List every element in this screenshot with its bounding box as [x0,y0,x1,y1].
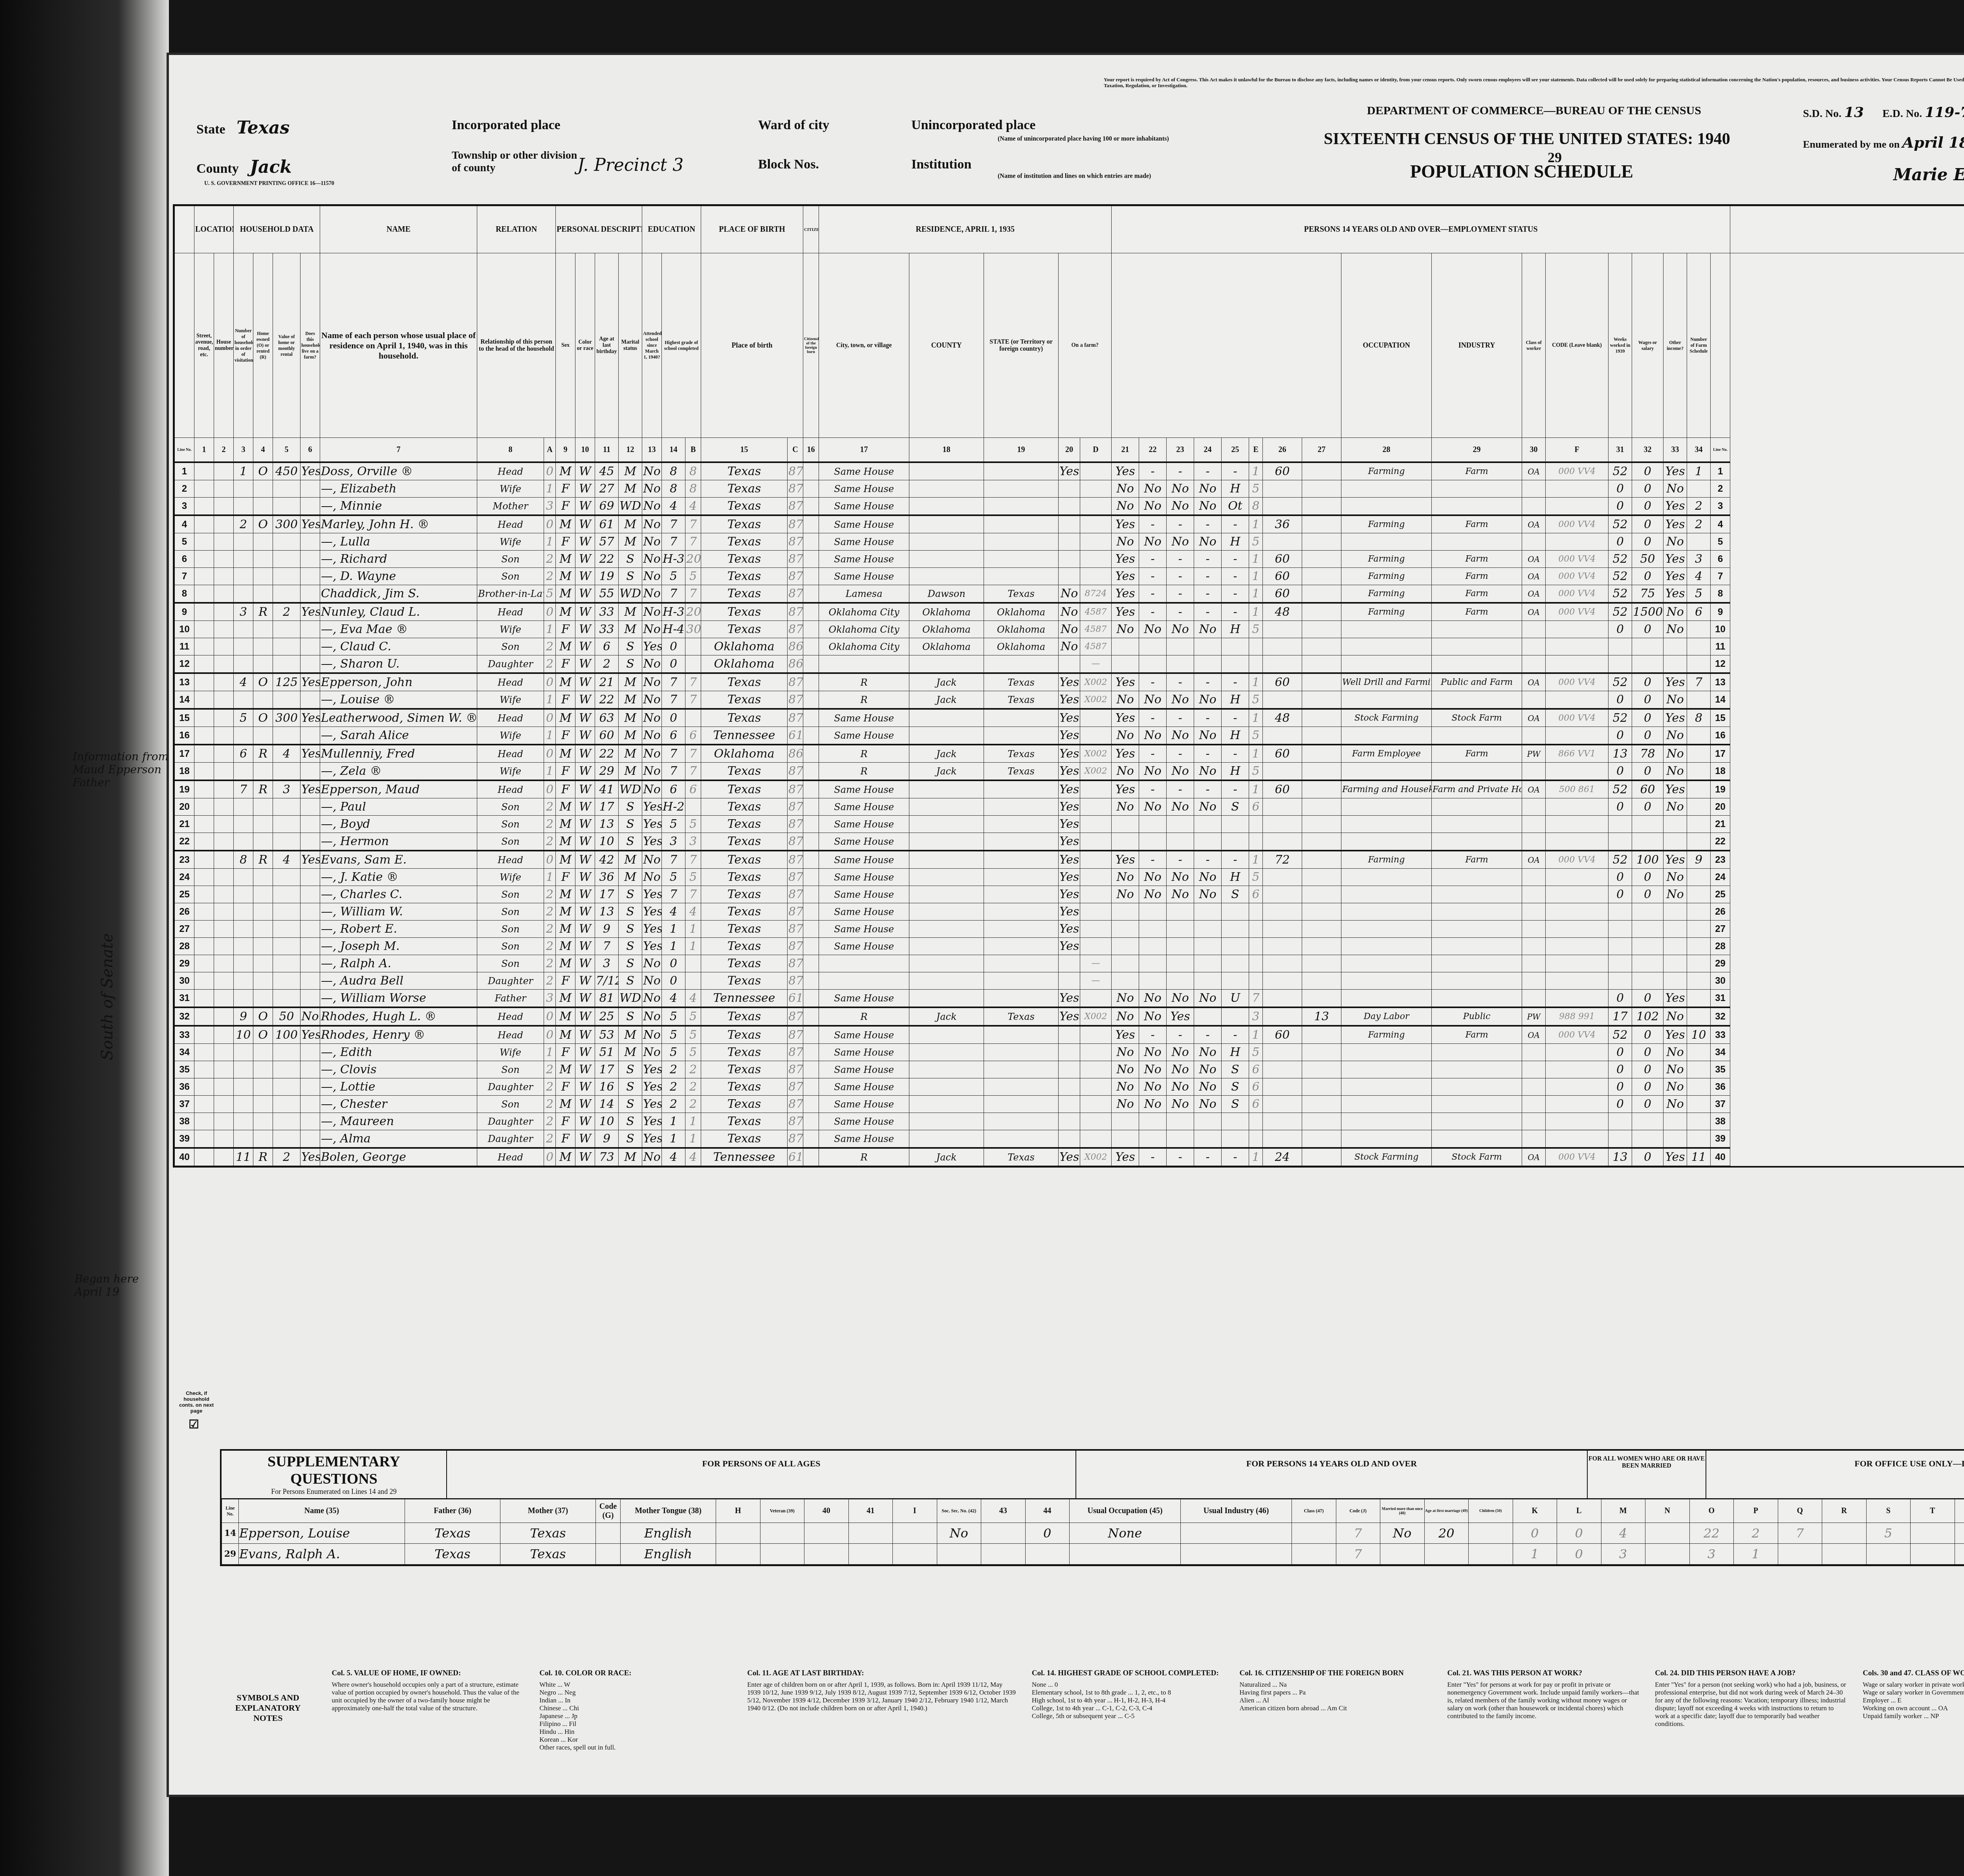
duration-unemployment [1302,621,1341,638]
highest-grade: 5 [662,1044,685,1061]
supp-th: Code (J) [1336,1499,1380,1523]
code-d [1080,533,1112,551]
census-row: 19 7 R 3 Yes Epperson, Maud Head 0 F W 4… [175,780,1964,798]
line-number: 39 [175,1130,194,1148]
had-job [1194,938,1222,955]
home-value: 2 [273,1148,300,1166]
public-emergency-work: - [1139,745,1167,763]
seeking-work [1167,938,1194,955]
hours-worked: 60 [1263,745,1302,763]
owned-rented [253,972,273,990]
birthplace: Texas [701,921,788,938]
industry [1432,955,1522,972]
line-number: 2 [175,480,194,498]
note-title: Col. 11. AGE AT LAST BIRTHDAY: [747,1669,1016,1678]
code-d: X002 [1080,745,1112,763]
highest-grade: 4 [662,990,685,1008]
activity-code [1222,833,1249,851]
at-work: Yes [1112,780,1139,798]
residence-1935-city: Same House [819,551,909,568]
residence-1935-farm [1059,955,1080,972]
duration-unemployment [1302,1130,1341,1148]
code-e: 1 [1249,551,1263,568]
industry [1432,886,1522,903]
residence-1935-city: Same House [819,1078,909,1096]
highest-grade: H-4 [662,621,685,638]
race: W [575,673,595,691]
duration-unemployment [1302,851,1341,869]
industry: Public [1432,1007,1522,1026]
person-name: Nunley, Claud L. [320,603,477,621]
hours-worked: 60 [1263,780,1302,798]
wages: 0 [1632,709,1664,727]
household-continues-checkbox[interactable]: ☑ [189,1418,199,1431]
note-item: Hindu ... Hin [539,1728,731,1736]
supp-mother-tongue: English [621,1523,716,1544]
code-b: 5 [685,869,701,886]
residence-1935-state [984,568,1059,585]
seeking-work: No [1167,798,1194,816]
code-b: 5 [685,568,701,585]
owned-rented [253,655,273,674]
township-label: Township or other division of county [452,149,577,174]
code-c: 87 [788,603,803,621]
line-number: 20 [175,798,194,816]
occupation [1341,498,1432,516]
home-value [273,763,300,781]
residence-1935-state: Texas [984,1148,1059,1166]
code-c: 87 [788,972,803,990]
office-p: 1 [1734,1544,1778,1565]
age: 55 [595,585,619,603]
activity-code: - [1222,551,1249,568]
code-c: 86 [788,655,803,674]
office-k: 1 [1513,1544,1557,1565]
home-value [273,621,300,638]
institution-label: Institution [911,157,971,172]
residence-1935-city: Same House [819,480,909,498]
census-row: 18 —, Zela ® Wife 1 F W 29 M No 7 7 Texa… [175,763,1964,781]
note-col5: Col. 5. VALUE OF HOME, IF OWNED: Where o… [332,1669,524,1787]
supp-code-i [893,1544,937,1565]
attended-school: No [642,745,662,763]
office-use-header: FOR OFFICE USE ONLY—DO NOT WRITE IN THES… [1706,1451,1964,1498]
farm-schedule-number: 4 [1687,568,1711,585]
other-income [1664,903,1687,921]
activity-code: S [1222,1096,1249,1113]
note-item: American citizen born abroad ... Am Cit [1240,1704,1432,1712]
race: W [575,745,595,763]
sex: M [556,585,575,603]
relation: Head [477,603,544,621]
code-b: 20 [685,603,701,621]
had-job: No [1194,798,1222,816]
duration-unemployment [1302,638,1341,655]
colnum: 31 [1609,438,1632,463]
attended-school: No [642,1026,662,1044]
duration-unemployment [1302,869,1341,886]
person-name: —, William Worse [320,990,477,1008]
code-d [1080,886,1112,903]
had-job: - [1194,780,1222,798]
code-d [1080,1026,1112,1044]
seeking-work: No [1167,1061,1194,1078]
marital-status: S [619,955,642,972]
owned-rented [253,763,273,781]
census-row: 21 —, Boyd Son 2 M W 13 S Yes 5 5 Texas … [175,816,1964,833]
birthplace: Texas [701,1130,788,1148]
farm-schedule-number [1687,1078,1711,1096]
farm-schedule-number: 1 [1687,462,1711,480]
other-income: No [1664,603,1687,621]
code-a: 2 [544,638,556,655]
at-work: Yes [1112,603,1139,621]
duration-unemployment [1302,673,1341,691]
hours-worked [1263,1113,1302,1130]
sex: M [556,816,575,833]
residence-1935-city: Same House [819,833,909,851]
residence-1935-farm [1059,1096,1080,1113]
industry: Farm [1432,745,1522,763]
code-a: 0 [544,1026,556,1044]
code-f [1546,938,1609,955]
seeking-work: No [1167,480,1194,498]
owned-rented: O [253,709,273,727]
race: W [575,515,595,533]
census-row: 27 —, Robert E. Son 2 M W 9 S Yes 1 1 Te… [175,921,1964,938]
marital-status: S [619,1061,642,1078]
marital-status: M [619,603,642,621]
sex: M [556,1007,575,1026]
other-income: No [1664,763,1687,781]
duration-unemployment [1302,498,1341,516]
code-b: 7 [685,673,701,691]
owned-rented [253,990,273,1008]
supp-th: T [1911,1499,1955,1523]
race: W [575,869,595,886]
line-number: 27 [175,921,194,938]
highest-grade: 1 [662,921,685,938]
marital-status: S [619,1007,642,1026]
class-of-worker [1522,798,1546,816]
line-number-right: 29 [1711,955,1730,972]
at-work: No [1112,1044,1139,1061]
farm-schedule-number: 6 [1687,603,1711,621]
birthplace: Tennessee [701,1148,788,1166]
birthplace: Texas [701,1007,788,1026]
colnum: 4 [253,438,273,463]
code-c: 61 [788,990,803,1008]
note-title: Col. 14. HIGHEST GRADE OF SCHOOL COMPLET… [1032,1669,1224,1678]
birthplace: Texas [701,1061,788,1078]
attended-school: Yes [642,638,662,655]
street [194,1007,214,1026]
supp-th: Code (G) [596,1499,621,1523]
line-number: 36 [175,1078,194,1096]
occupation: Stock Farming [1341,1148,1432,1166]
relation: Wife [477,763,544,781]
residence-1935-city: Same House [819,921,909,938]
office-l: 0 [1557,1523,1601,1544]
supp-th: 44 [1025,1499,1070,1523]
note-item: Wage or salary worker in private work ..… [1863,1681,1964,1689]
th-grade: Highest grade of school completed [662,253,701,438]
attended-school: No [642,990,662,1008]
highest-grade: 7 [662,515,685,533]
office-n [1645,1544,1690,1565]
farm-schedule-number [1687,886,1711,903]
industry [1432,1130,1522,1148]
house-number [214,798,234,816]
residence-1935-city: Same House [819,869,909,886]
line-number: 22 [175,833,194,851]
house-number [214,621,234,638]
code-f [1546,955,1609,972]
street [194,515,214,533]
activity-code: S [1222,886,1249,903]
residence-1935-city: Same House [819,515,909,533]
note-title: Col. 21. WAS THIS PERSON AT WORK? [1447,1669,1639,1678]
supp-usual-occupation [1070,1544,1181,1565]
supp-th: N [1645,1499,1690,1523]
code-b: 5 [685,1044,701,1061]
th-citizenship: Citizenship of the foreign born [803,253,819,438]
had-job: - [1194,1026,1222,1044]
had-job: No [1194,480,1222,498]
supp-line-no: 29 [222,1544,239,1565]
at-work: No [1112,869,1139,886]
supp-c40 [804,1523,849,1544]
code-e: 6 [1249,1061,1263,1078]
weeks-worked: 52 [1609,585,1632,603]
farm-schedule-number [1687,1044,1711,1061]
colnum: 2 [214,438,234,463]
note-col24: Col. 24. DID THIS PERSON HAVE A JOB? Ent… [1655,1669,1847,1787]
at-work: No [1112,691,1139,709]
marital-status: M [619,1044,642,1061]
code-c: 87 [788,833,803,851]
home-value: 2 [273,603,300,621]
street [194,551,214,568]
sex: M [556,745,575,763]
hours-worked: 60 [1263,462,1302,480]
street [194,955,214,972]
attended-school: No [642,1148,662,1166]
farm-schedule-number [1687,1096,1711,1113]
duration-unemployment [1302,1026,1341,1044]
household-number: 8 [234,851,253,869]
residence-1935-state: Texas [984,763,1059,781]
occupation [1341,972,1432,990]
home-value [273,480,300,498]
code-e [1249,972,1263,990]
birthplace: Oklahoma [701,655,788,674]
residence-1935-county: Jack [909,745,984,763]
street [194,1026,214,1044]
sex: M [556,903,575,921]
public-emergency-work: - [1139,462,1167,480]
marital-status: S [619,903,642,921]
residence-1935-county [909,780,984,798]
census-rows: 1 1 O 450 Yes Doss, Orville ® Head 0 M W… [175,462,1964,1166]
owned-rented [253,638,273,655]
person-name: —, Edith [320,1044,477,1061]
code-c: 87 [788,673,803,691]
had-job [1194,903,1222,921]
code-c: 87 [788,1096,803,1113]
hours-worked [1263,480,1302,498]
line-number-right: 1 [1711,462,1730,480]
hours-worked [1263,1044,1302,1061]
marital-status: WD [619,780,642,798]
street [194,603,214,621]
office-q: 7 [1778,1523,1822,1544]
code-d: X002 [1080,673,1112,691]
age: 25 [595,1007,619,1026]
marital-status: S [619,655,642,674]
street [194,585,214,603]
class-of-worker [1522,763,1546,781]
seeking-work: - [1167,568,1194,585]
activity-code: H [1222,727,1249,745]
person-name: —, Claud C. [320,638,477,655]
race: W [575,568,595,585]
owned-rented [253,621,273,638]
residence-1935-state [984,462,1059,480]
code-b: 1 [685,938,701,955]
code-e: 1 [1249,673,1263,691]
code-e [1249,903,1263,921]
sex: M [556,798,575,816]
line-number: 21 [175,816,194,833]
hours-worked: 60 [1263,585,1302,603]
citizenship [803,763,819,781]
owned-rented: O [253,462,273,480]
industry [1432,903,1522,921]
highest-grade: 0 [662,972,685,990]
sex: F [556,780,575,798]
line-number-right: 37 [1711,1096,1730,1113]
household-number [234,727,253,745]
activity-code: - [1222,1026,1249,1044]
birthplace: Texas [701,691,788,709]
farm-schedule-number: 9 [1687,851,1711,869]
residence-1935-farm: No [1059,603,1080,621]
census-row: 24 —, J. Katie ® Wife 1 F W 36 M No 5 5 … [175,869,1964,886]
wages [1632,816,1664,833]
public-emergency-work: - [1139,515,1167,533]
census-row: 4 2 O 300 Yes Marley, John H. ® Head 0 M… [175,515,1964,533]
hours-worked [1263,816,1302,833]
census-row: 39 —, Alma Daughter 2 F W 9 S Yes 1 1 Te… [175,1130,1964,1148]
home-value [273,1130,300,1148]
duration-unemployment [1302,533,1341,551]
census-row: 31 —, William Worse Father 3 M W 81 WD N… [175,990,1964,1008]
industry [1432,1096,1522,1113]
code-a: 2 [544,1130,556,1148]
code-b: 7 [685,533,701,551]
age: 10 [595,1113,619,1130]
birthplace: Texas [701,816,788,833]
line-number-right: 9 [1711,603,1730,621]
farm-schedule-number: 2 [1687,498,1711,516]
owned-rented [253,1078,273,1096]
race: W [575,1026,595,1044]
wages: 0 [1632,480,1664,498]
weeks-worked: 0 [1609,480,1632,498]
person-name: —, Louise ® [320,691,477,709]
code-d [1080,780,1112,798]
sd-value: 13 [1844,104,1864,121]
age: 45 [595,462,619,480]
note-col21: Col. 21. WAS THIS PERSON AT WORK? Enter … [1447,1669,1639,1787]
age: 22 [595,691,619,709]
duration-unemployment [1302,1044,1341,1061]
industry: Farm [1432,1026,1522,1044]
weeks-worked: 0 [1609,691,1632,709]
relation: Wife [477,480,544,498]
residence-1935-city: R [819,691,909,709]
th-street: Street, avenue, road, etc. [194,253,214,438]
explanatory-notes: SYMBOLS AND EXPLANATORY NOTES Col. 5. VA… [220,1669,1964,1787]
code-e: 1 [1249,603,1263,621]
race: W [575,833,595,851]
census-row: 40 11 R 2 Yes Bolen, George Head 0 M W 7… [175,1148,1964,1166]
code-a: 1 [544,691,556,709]
wages: 0 [1632,621,1664,638]
highest-grade: 1 [662,938,685,955]
class-of-worker [1522,886,1546,903]
occupation [1341,886,1432,903]
supp-social-security: No [937,1523,981,1544]
birthplace: Texas [701,780,788,798]
seeking-work: - [1167,780,1194,798]
colnum: 13 [642,438,662,463]
duration-unemployment [1302,603,1341,621]
residence-1935-state [984,1130,1059,1148]
age: 57 [595,533,619,551]
group-line [175,206,194,253]
birthplace: Texas [701,533,788,551]
age: 9 [595,1130,619,1148]
supp-th: Children (50) [1469,1499,1513,1523]
supp-c40 [804,1544,849,1565]
person-name: Bolen, George [320,1148,477,1166]
department-title: DEPARTMENT OF COMMERCE—BUREAU OF THE CEN… [1367,104,1701,117]
census-row: 1 1 O 450 Yes Doss, Orville ® Head 0 M W… [175,462,1964,480]
other-income [1664,938,1687,955]
code-d: X002 [1080,691,1112,709]
class-of-worker [1522,480,1546,498]
code-d [1080,551,1112,568]
age: 61 [595,515,619,533]
residence-1935-county: Jack [909,1148,984,1166]
supp-c41 [848,1523,893,1544]
public-emergency-work [1139,1130,1167,1148]
citizenship [803,498,819,516]
relation: Daughter [477,1130,544,1148]
code-d [1080,833,1112,851]
home-value [273,833,300,851]
note-item: College, 1st to 4th year ... C-1, C-2, C… [1032,1704,1224,1712]
code-b: 4 [685,1148,701,1166]
code-c: 87 [788,851,803,869]
industry [1432,1061,1522,1078]
other-income: Yes [1664,1148,1687,1166]
census-row: 32 9 O 50 No Rhodes, Hugh L. ® Head 0 M … [175,1007,1964,1026]
citizenship [803,921,819,938]
lives-on-farm [300,955,320,972]
